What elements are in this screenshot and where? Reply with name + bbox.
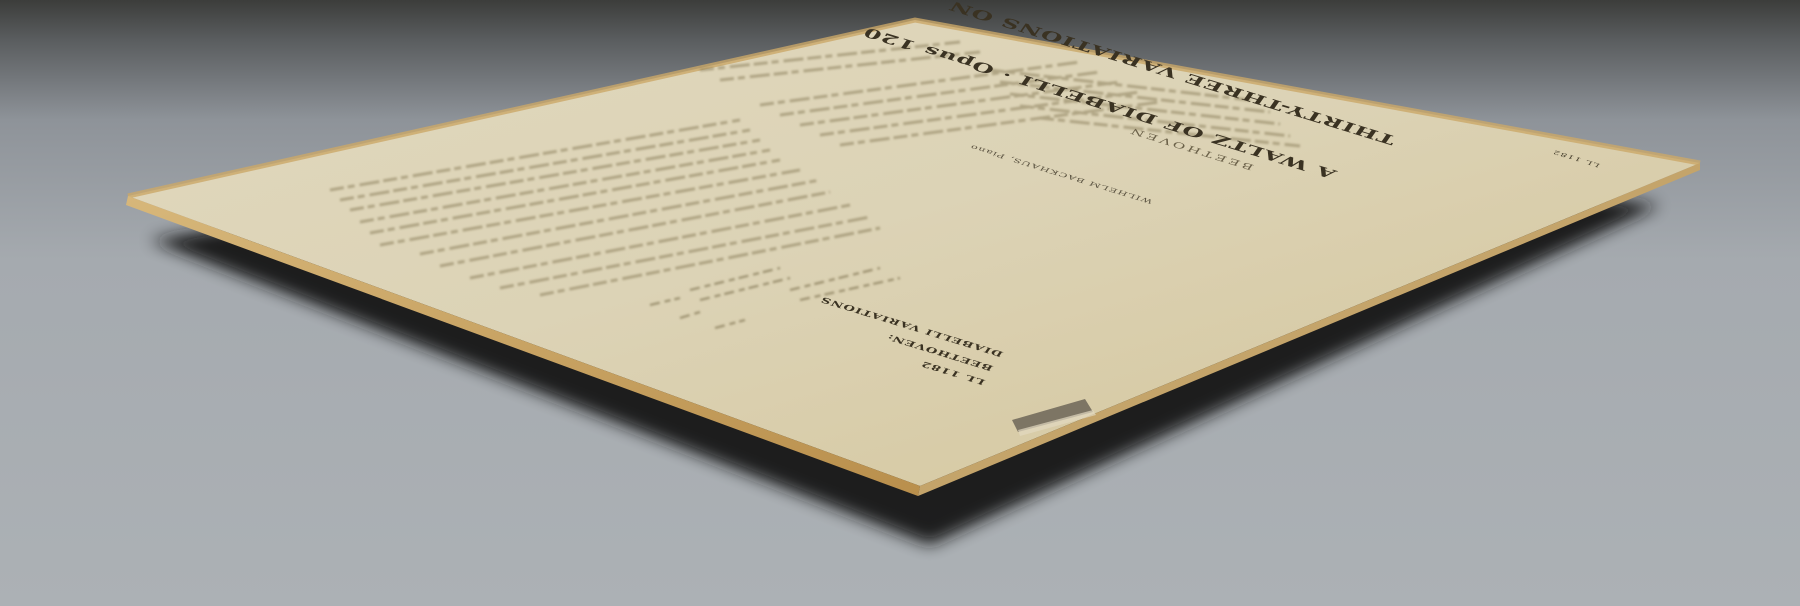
photo-scene: THIRTY-THREE VARIATIONS ON A WALTZ OF DI…: [0, 0, 1800, 606]
record-sleeve-photo: [0, 0, 1800, 606]
sleeve-face: [128, 20, 1700, 486]
